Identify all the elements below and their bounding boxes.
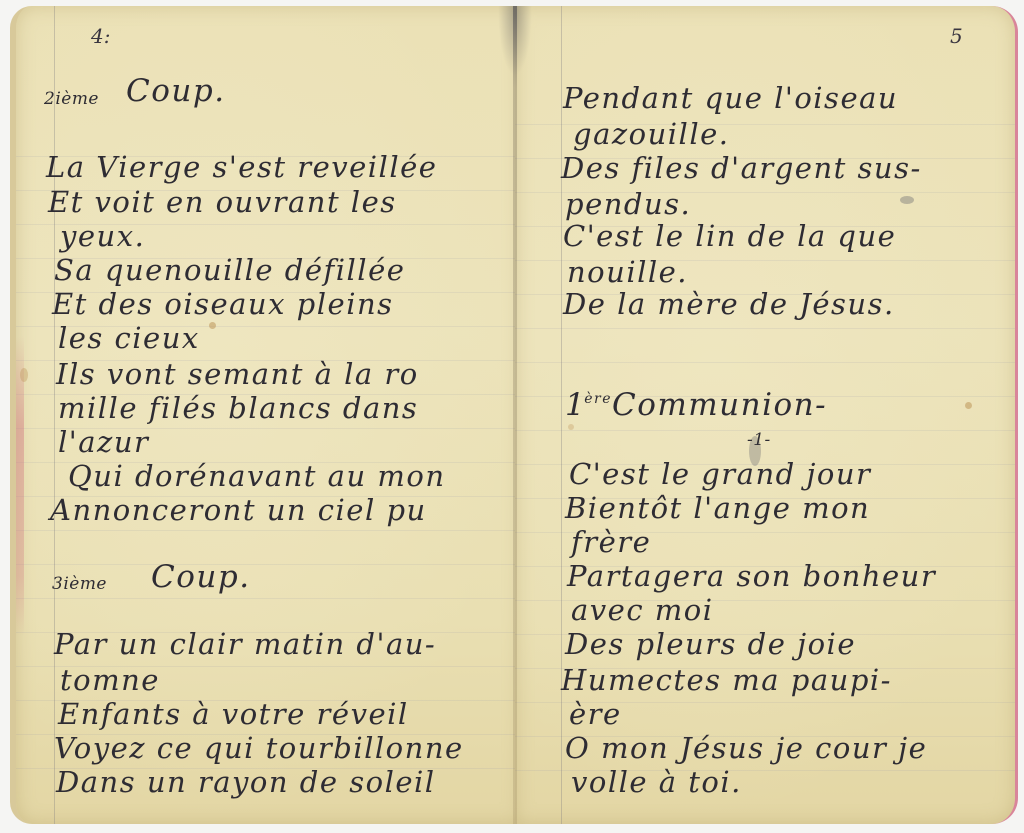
verse-line: Par un clair matin d'au- [54, 630, 436, 659]
verse-line: O mon Jésus je cour je [565, 734, 927, 763]
verse-line: Des files d'argent sus- [561, 154, 922, 183]
margin-line [54, 6, 55, 824]
verse-line: C'est le grand jour [569, 460, 871, 489]
binding-smudge [498, 6, 532, 76]
verse-line: yeux. [60, 222, 145, 251]
page-number: 5 [950, 24, 963, 48]
verse-line: De la mère de Jésus. [563, 290, 895, 319]
communion-heading: 1èreCommunion- [565, 390, 827, 421]
verse-line: Voyez ce qui tourbillonne [54, 734, 464, 763]
verse-line: tomne [60, 666, 160, 695]
paper-stain [965, 402, 972, 409]
verse-line: Enfants à votre réveil [58, 700, 409, 729]
verse-line: Annonceront un ciel pu [50, 496, 427, 525]
notebook-spread: 4: 2ième Coup. La Vierge s'est reveillée… [10, 6, 1018, 826]
verse-line: nouille. [567, 258, 688, 287]
verse-line: les cieux [58, 324, 200, 353]
section-ordinal: 3ième [52, 576, 107, 593]
verse-line: ère [569, 700, 622, 729]
verse-line: Ils vont semant à la ro [56, 360, 419, 389]
paper-stain [20, 368, 28, 382]
ruled-line [16, 598, 521, 599]
verse-line: Pendant que l'oiseau [563, 84, 898, 113]
notebook-binding [513, 6, 517, 824]
verse-line: Qui dorénavant au mon [68, 462, 446, 491]
verse-line: pendus. [565, 190, 691, 219]
pencil-smudge [900, 196, 914, 204]
left-page: 4: 2ième Coup. La Vierge s'est reveillée… [10, 6, 521, 824]
verse-line: Humectes ma paupi- [561, 666, 892, 695]
page-number: 4: [91, 24, 110, 48]
section-title: Coup. [151, 562, 251, 593]
ruled-line [16, 564, 521, 565]
right-page: 5 Pendant que l'oiseau gazouille. Des fi… [515, 6, 1018, 824]
verse-line: La Vierge s'est reveillée [46, 153, 437, 182]
stanza-marker: -1- [747, 432, 771, 449]
communion-title: Communion- [612, 387, 827, 423]
verse-line: Des pleurs de joie [565, 630, 856, 659]
verse-line: gazouille. [573, 120, 729, 149]
margin-line [561, 6, 562, 824]
verse-line: Et des oiseaux pleins [52, 290, 394, 319]
section-title: Coup. [126, 76, 226, 107]
paper-stain [209, 322, 216, 329]
verse-line: Partagera son bonheur [567, 562, 936, 591]
verse-line: C'est le lin de la que [563, 222, 896, 251]
verse-line: Sa quenouille défillée [54, 256, 405, 285]
paper-stain [568, 424, 574, 430]
verse-line: Bientôt l'ange mon [565, 494, 870, 523]
section-ordinal: 2ième [44, 91, 99, 108]
ruled-line [16, 530, 521, 531]
ruled-line [515, 328, 1015, 329]
verse-line: avec moi [571, 596, 714, 625]
verse-line: volle à toi. [571, 768, 742, 797]
verse-line: l'azur [58, 428, 149, 457]
verse-line: mille filés blancs dans [58, 394, 418, 423]
verse-line: frère [571, 528, 651, 557]
verse-line: Et voit en ouvrant les [48, 188, 397, 217]
verse-line: Dans un rayon de soleil [56, 768, 436, 797]
communion-superscript: ère [584, 391, 612, 407]
ruled-line [515, 362, 1015, 363]
scan-background: 4: 2ième Coup. La Vierge s'est reveillée… [0, 0, 1024, 833]
